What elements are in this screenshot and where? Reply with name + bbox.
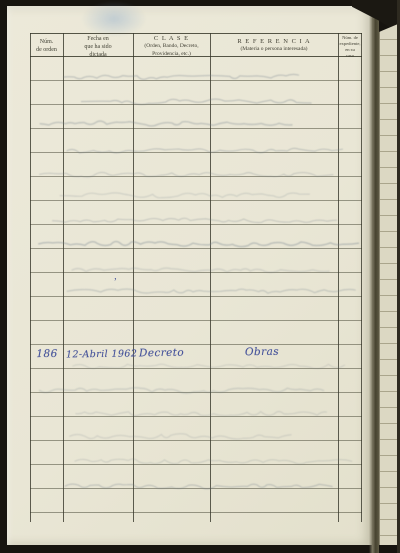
column-header-clase: C L A S E (Orden, Bando, Decreto, Provid… — [133, 35, 210, 58]
bleedthrough-handwriting-overlay — [30, 57, 362, 513]
header-line: (Orden, Bando, Decreto, — [133, 43, 210, 50]
scanned-ledger-page: Núm. de orden Fecha en que ha sido dicta… — [0, 0, 400, 553]
header-line: (Materia o persona interesada) — [210, 46, 338, 53]
header-line: Núm. — [30, 38, 63, 46]
column-header-num-orden: Núm. de orden — [30, 38, 63, 54]
entry-num-orden: 186 — [32, 348, 62, 360]
binding-gutter-shadow — [369, 0, 379, 553]
column-header-fecha: Fecha en que ha sido dictada — [63, 35, 133, 59]
header-line: de orden — [30, 46, 63, 54]
next-page-edge — [379, 24, 398, 545]
entry-fecha: 12-Abril 1962 — [66, 349, 130, 361]
entry-referencia: Obras — [245, 346, 279, 358]
faint-ink-stamp — [82, 1, 146, 37]
header-line: que ha sido — [63, 43, 133, 51]
entry-clase: Decreto — [139, 347, 184, 360]
table-top-rule — [30, 33, 362, 34]
column-header-num-expediente: Núm. de expediente, en su caso — [338, 35, 362, 59]
stray-ink-mark: ’ — [113, 277, 116, 288]
header-line: Fecha en — [63, 35, 133, 43]
column-header-referencia: R E F E R E N C I A (Materia o persona i… — [210, 38, 338, 54]
